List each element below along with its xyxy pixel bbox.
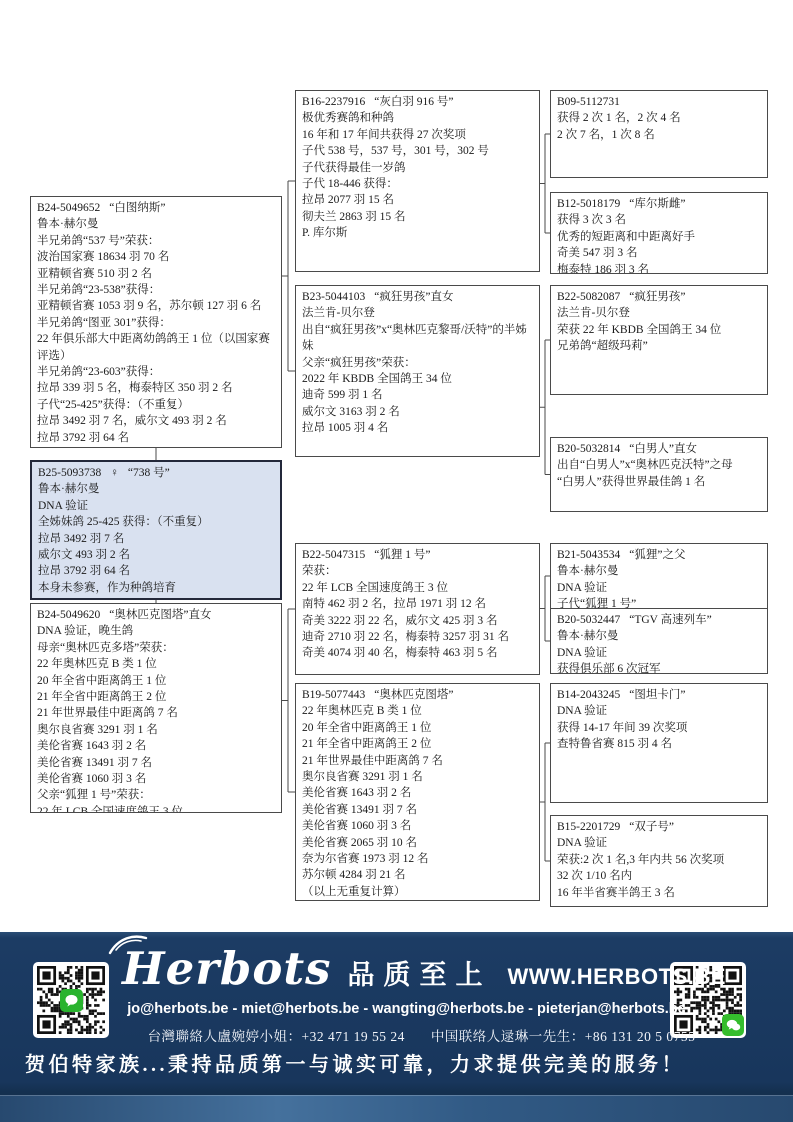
pedigree-line: 拉昂 1005 羽 4 名: [302, 420, 533, 436]
pigeon-header: B14-2043245“图坦卡门”: [557, 687, 761, 703]
ring-number: B19-5077443: [302, 689, 365, 701]
pigeon-name: “灰白羽 916 号”: [374, 96, 453, 108]
pedigree-line: 鲁本·赫尔曼: [557, 563, 761, 579]
pedigree-line: 查特鲁省赛 815 羽 4 名: [557, 736, 761, 752]
pigeon-name: “狐狸”之父: [629, 549, 685, 561]
pedigree-line: 子代 18-446 获得：: [302, 176, 533, 192]
pedigree-line: 美伦省赛 13491 羽 7 名: [37, 755, 275, 771]
pedigree-line: 兄弟鸽“超级玛莉”: [557, 338, 761, 354]
pigeon-name: “TGV 高速列车”: [629, 614, 712, 626]
pedigree-line: 16 年半省赛半鸽王 3 名: [557, 885, 761, 901]
ring-number: B14-2043245: [557, 689, 620, 701]
pedigree-page: B24-5049652“白图纳斯”鲁本·赫尔曼半兄弟鸽“537 号”荣获：波治国…: [0, 0, 793, 1122]
ring-number: B09-5112731: [557, 96, 620, 108]
pedigree-line: 优秀的短距离和中距离好手: [557, 229, 761, 245]
pedigree-line: 彻夫兰 2863 羽 15 名: [302, 209, 533, 225]
pedigree-line: 22 年 LCB 全国速度鸽王 3 位: [37, 804, 275, 813]
pedigree-line: DNA 验证: [557, 580, 761, 596]
pedigree-line: 南特 462 羽 2 名，拉昂 1971 羽 12 名: [302, 596, 533, 612]
pedigree-line: 苏尔顿 4284 羽 21 名: [302, 867, 533, 883]
pigeon-name: “疯狂男孩”直女: [374, 291, 453, 303]
pedigree-line: 半兄弟鸽“23-538”获得：: [37, 282, 275, 298]
sex-symbol: ♀: [110, 467, 119, 479]
pedigree-line: 拉昂 3492 羽 7 名: [38, 531, 274, 547]
pedigree-line: 美伦省赛 1060 羽 3 名: [37, 771, 275, 787]
pedigree-line: 美伦省赛 13491 羽 7 名: [302, 802, 533, 818]
family-slogan: 贺伯特家族...秉持品质第一与诚实可靠，力求提供完美的服务！: [25, 1048, 683, 1077]
pedigree-line: 半兄弟鸽“图亚 301”获得：: [37, 315, 275, 331]
pigeon-header: B15-2201729“双子号”: [557, 819, 761, 835]
pedigree-box-b19-5077443: B19-5077443“奥林匹克图塔”22 年奥林匹克 B 类 1 位20 年全…: [295, 683, 540, 901]
pigeon-name: “738 号”: [128, 467, 170, 479]
ring-number: B15-2201729: [557, 821, 620, 833]
pedigree-line: 32 次 1/10 名内: [557, 868, 761, 884]
pigeon-name: “奥林匹克图塔”直女: [109, 609, 211, 621]
ring-number: B12-5018179: [557, 198, 620, 210]
pedigree-line: DNA 验证: [38, 498, 274, 514]
brand-row: Herbots 品质至上 WWW.HERBOTS.BE: [115, 942, 733, 998]
pedigree-box-b12-5018179: B12-5018179“库尔斯雌”获得 3 次 3 名优秀的短距离和中距离好手奇…: [550, 192, 768, 274]
ring-number: B20-5032814: [557, 443, 620, 455]
pigeon-header: B20-5032447“TGV 高速列车”: [557, 612, 761, 628]
pedigree-box-b14-2043245: B14-2043245“图坦卡门”DNA 验证获得 14-17 年间 39 次奖…: [550, 683, 768, 803]
pedigree-line: 美伦省赛 2065 羽 10 名: [302, 835, 533, 851]
pedigree-line: 半兄弟鸽“23-603”获得：: [37, 364, 275, 380]
pedigree-line: 极优秀赛鸽和种鸽: [302, 110, 533, 126]
pedigree-line: 母亲“奥林匹克多塔”荣获：: [37, 640, 275, 656]
pedigree-line: 全姊妹鸽 25-425 获得：（不重复）: [38, 514, 274, 530]
pedigree-box-b24-5049620: B24-5049620“奥林匹克图塔”直女DNA 验证，晚生鸽母亲“奥林匹克多塔…: [30, 603, 282, 813]
pedigree-line: 21 年全省中距离鸽王 2 位: [302, 736, 533, 752]
pedigree-line: “白男人”获得世界最佳鸽 1 名: [557, 474, 761, 490]
pigeon-name: “奥林匹克图塔”: [374, 689, 453, 701]
pigeon-name: “双子号”: [629, 821, 674, 833]
pedigree-line: 奥尔良省赛 3291 羽 1 名: [37, 722, 275, 738]
pedigree-line: DNA 验证: [557, 703, 761, 719]
brand-name-text: Herbots: [122, 942, 331, 995]
pedigree-line: 20 年全省中距离鸽王 1 位: [302, 720, 533, 736]
pigeon-name: “白男人”直女: [629, 443, 697, 455]
pedigree-line: 22 年 LCB 全国速度鸽王 3 位: [302, 580, 533, 596]
pedigree-line: 出自“疯狂男孩”x“奥林匹克黎哥/沃特”的半姊妹: [302, 322, 533, 355]
pigeon-header: B20-5032814“白男人”直女: [557, 441, 761, 457]
pedigree-line: 21 年世界最佳中距离鸽 7 名: [37, 705, 275, 721]
pedigree-box-b20-5032814: B20-5032814“白男人”直女出自“白男人”x“奥林匹克沃特”之母“白男人…: [550, 437, 768, 512]
pedigree-line: 获得俱乐部 6 次冠军: [557, 661, 761, 674]
china-contact: 中国联络人逯琳一先生：+86 131 20 5 0755: [431, 1029, 696, 1044]
pedigree-line: 父亲“疯狂男孩”荣获：: [302, 355, 533, 371]
ring-number: B23-5044103: [302, 291, 365, 303]
pedigree-line: 美伦省赛 1060 羽 3 名: [302, 818, 533, 834]
pigeon-header: B22-5082087“疯狂男孩”: [557, 289, 761, 305]
pedigree-line: 21 年全省中距离鸽王 2 位: [37, 689, 275, 705]
pedigree-line: 亚精顿省赛 510 羽 2 名: [37, 266, 275, 282]
herbots-wing-icon: [108, 933, 148, 955]
pedigree-line: 奇美 4074 羽 40 名，梅泰特 463 羽 5 名: [302, 645, 533, 661]
pedigree-box-b22-5047315: B22-5047315“狐狸 1 号”荣获：22 年 LCB 全国速度鸽王 3 …: [295, 543, 540, 675]
pedigree-box-b21-5043534: B21-5043534“狐狸”之父鲁本·赫尔曼DNA 验证子代“狐狸 1 号”: [550, 543, 768, 609]
pedigree-line: 22 年俱乐部大中距离幼鸽鸽王 1 位（以国家赛评选）: [37, 331, 275, 364]
footer-banner: Herbots 品质至上 WWW.HERBOTS.BE jo@herbots.b…: [0, 932, 793, 1122]
qr-code-left: [33, 962, 109, 1038]
pigeon-name: “库尔斯雌”: [629, 198, 685, 210]
pigeon-name: “白图纳斯”: [109, 202, 165, 214]
pedigree-line: 22 年奥林匹克 B 类 1 位: [37, 656, 275, 672]
pedigree-box-b24-5049652: B24-5049652“白图纳斯”鲁本·赫尔曼半兄弟鸽“537 号”荣获：波治国…: [30, 196, 282, 448]
pedigree-line: 法兰肯-贝尔登: [557, 305, 761, 321]
pedigree-line: DNA 验证: [557, 835, 761, 851]
pedigree-line: 亚精顿省赛 1053 羽 9 名，苏尔顿 127 羽 6 名: [37, 298, 275, 314]
pedigree-line: 获得 14-17 年间 39 次奖项: [557, 720, 761, 736]
pigeon-header: B16-2237916“灰白羽 916 号”: [302, 94, 533, 110]
pigeon-name: “图坦卡门”: [629, 689, 685, 701]
ring-number: B24-5049620: [37, 609, 100, 621]
pedigree-line: 拉昂 3492 羽 7 名，威尔文 493 羽 2 名: [37, 413, 275, 429]
pigeon-header: B12-5018179“库尔斯雌”: [557, 196, 761, 212]
pedigree-line: 迪奇 2710 羽 22 名，梅泰特 3257 羽 31 名: [302, 629, 533, 645]
pedigree-line: 鲁本·赫尔曼: [557, 628, 761, 644]
pedigree-line: 半兄弟鸽“537 号”荣获：: [37, 233, 275, 249]
pedigree-line: 奇美 547 羽 3 名: [557, 245, 761, 261]
pedigree-box-b15-2201729: B15-2201729“双子号”DNA 验证荣获:2 次 1 名,3 年内共 5…: [550, 815, 768, 907]
pedigree-box-b20-5032447: B20-5032447“TGV 高速列车”鲁本·赫尔曼DNA 验证获得俱乐部 6…: [550, 608, 768, 674]
pedigree-line: 梅泰特 186 羽 3 名: [557, 262, 761, 274]
pedigree-box-b23-5044103: B23-5044103“疯狂男孩”直女法兰肯-贝尔登出自“疯狂男孩”x“奥林匹克…: [295, 285, 540, 457]
pigeon-header: B22-5047315“狐狸 1 号”: [302, 547, 533, 563]
ring-number: B20-5032447: [557, 614, 620, 626]
pigeon-header: B19-5077443“奥林匹克图塔”: [302, 687, 533, 703]
pedigree-line: 拉昂 3792 羽 64 名: [38, 563, 274, 579]
line-messenger-icon: [60, 989, 83, 1012]
pedigree-box-b25-5093738: B25-5093738♀“738 号”鲁本·赫尔曼DNA 验证全姊妹鸽 25-4…: [30, 460, 282, 600]
ring-number: B16-2237916: [302, 96, 365, 108]
pedigree-line: 威尔文 3163 羽 2 名: [302, 404, 533, 420]
pedigree-line: 鲁本·赫尔曼: [37, 216, 275, 232]
pedigree-line: 威尔文 493 羽 2 名: [38, 547, 274, 563]
pedigree-line: 20 年全省中距离鸽王 1 位: [37, 673, 275, 689]
pedigree-line: 21 年世界最佳中距离鸽 7 名: [302, 753, 533, 769]
pedigree-line: 16 年和 17 年间共获得 27 次奖项: [302, 127, 533, 143]
pedigree-line: DNA 验证: [557, 645, 761, 661]
pedigree-line: 22 年奥林匹克 B 类 1 位: [302, 703, 533, 719]
pedigree-line: 2022 年 KBDB 全国鸽王 34 位: [302, 371, 533, 387]
pigeon-name: “狐狸 1 号”: [374, 549, 430, 561]
website-url: WWW.HERBOTS.BE: [508, 964, 726, 990]
ring-number: B21-5043534: [557, 549, 620, 561]
pigeon-header: B25-5093738♀“738 号”: [38, 465, 274, 481]
ring-number: B24-5049652: [37, 202, 100, 214]
pedigree-line: 子代获得最佳一岁鸽: [302, 160, 533, 176]
pigeon-name: “疯狂男孩”: [629, 291, 685, 303]
pedigree-line: 拉昂 3792 羽 64 名: [37, 430, 275, 446]
contact-phones-row: 台灣聯絡人盧婉婷小姐：+32 471 19 55 24 中国联络人逯琳一先生：+…: [110, 1025, 733, 1045]
pedigree-line: 美伦省赛 1643 羽 2 名: [302, 785, 533, 801]
ring-number: B22-5082087: [557, 291, 620, 303]
herbots-logo: Herbots: [122, 942, 331, 995]
pedigree-box-b22-5082087: B22-5082087“疯狂男孩”法兰肯-贝尔登荣获 22 年 KBDB 全国鸽…: [550, 285, 768, 395]
pedigree-line: DNA 验证，晚生鸽: [37, 623, 275, 639]
pedigree-line: （以上无重复计算）: [302, 884, 533, 900]
pigeon-header: B24-5049652“白图纳斯”: [37, 200, 275, 216]
pedigree-line: 法兰肯-贝尔登: [302, 305, 533, 321]
pedigree-line: 2 次 7 名，1 次 8 名: [557, 127, 761, 143]
pedigree-line: P. 库尔斯: [302, 225, 533, 241]
pigeon-header: B21-5043534“狐狸”之父: [557, 547, 761, 563]
footer-bottom-strip: [0, 1095, 793, 1122]
contact-emails: jo@herbots.be - miet@herbots.be - wangti…: [110, 1001, 703, 1017]
pedigree-line: 获得 2 次 1 名，2 次 4 名: [557, 110, 761, 126]
ring-number: B22-5047315: [302, 549, 365, 561]
pedigree-line: 波治国家赛 18634 羽 70 名: [37, 249, 275, 265]
pedigree-line: 荣获:2 次 1 名,3 年内共 56 次奖项: [557, 852, 761, 868]
pedigree-line: 出自“白男人”x“奥林匹克沃特”之母: [557, 457, 761, 473]
pedigree-line: 鲁本·赫尔曼: [38, 481, 274, 497]
pedigree-line: 本身未参赛，作为种鸽培育: [38, 580, 274, 596]
pigeon-header: B09-5112731: [557, 94, 761, 110]
pedigree-line: 子代“25-425”获得：（不重复）: [37, 397, 275, 413]
pedigree-line: 奇美 3222 羽 22 名，威尔文 425 羽 3 名: [302, 613, 533, 629]
brand-tagline: 品质至上: [348, 953, 492, 992]
pigeon-header: B24-5049620“奥林匹克图塔”直女: [37, 607, 275, 623]
ring-number: B25-5093738: [38, 467, 101, 479]
pedigree-line: 迪奇 599 羽 1 名: [302, 387, 533, 403]
pedigree-line: 获得 3 次 3 名: [557, 212, 761, 228]
pedigree-line: 奥尔良省赛 3291 羽 1 名: [302, 769, 533, 785]
pedigree-line: 美伦省赛 1643 羽 2 名: [37, 738, 275, 754]
pedigree-line: 拉昂 2077 羽 15 名: [302, 192, 533, 208]
pedigree-line: 荣获 22 年 KBDB 全国鸽王 34 位: [557, 322, 761, 338]
pedigree-line: 奈为尔省赛 1973 羽 12 名: [302, 851, 533, 867]
pigeon-header: B23-5044103“疯狂男孩”直女: [302, 289, 533, 305]
pedigree-box-b09-5112731: B09-5112731获得 2 次 1 名，2 次 4 名2 次 7 名，1 次…: [550, 90, 768, 178]
pedigree-box-b16-2237916: B16-2237916“灰白羽 916 号”极优秀赛鸽和种鸽16 年和 17 年…: [295, 90, 540, 272]
pedigree-line: 子代 538 号，537 号，301 号，302 号: [302, 143, 533, 159]
pedigree-line: 荣获：: [302, 563, 533, 579]
taiwan-contact: 台灣聯絡人盧婉婷小姐：+32 471 19 55 24: [148, 1029, 405, 1044]
pedigree-line: 拉昂 339 羽 5 名，梅泰特区 350 羽 2 名: [37, 380, 275, 396]
pedigree-line: 父亲“狐狸 1 号”荣获：: [37, 787, 275, 803]
